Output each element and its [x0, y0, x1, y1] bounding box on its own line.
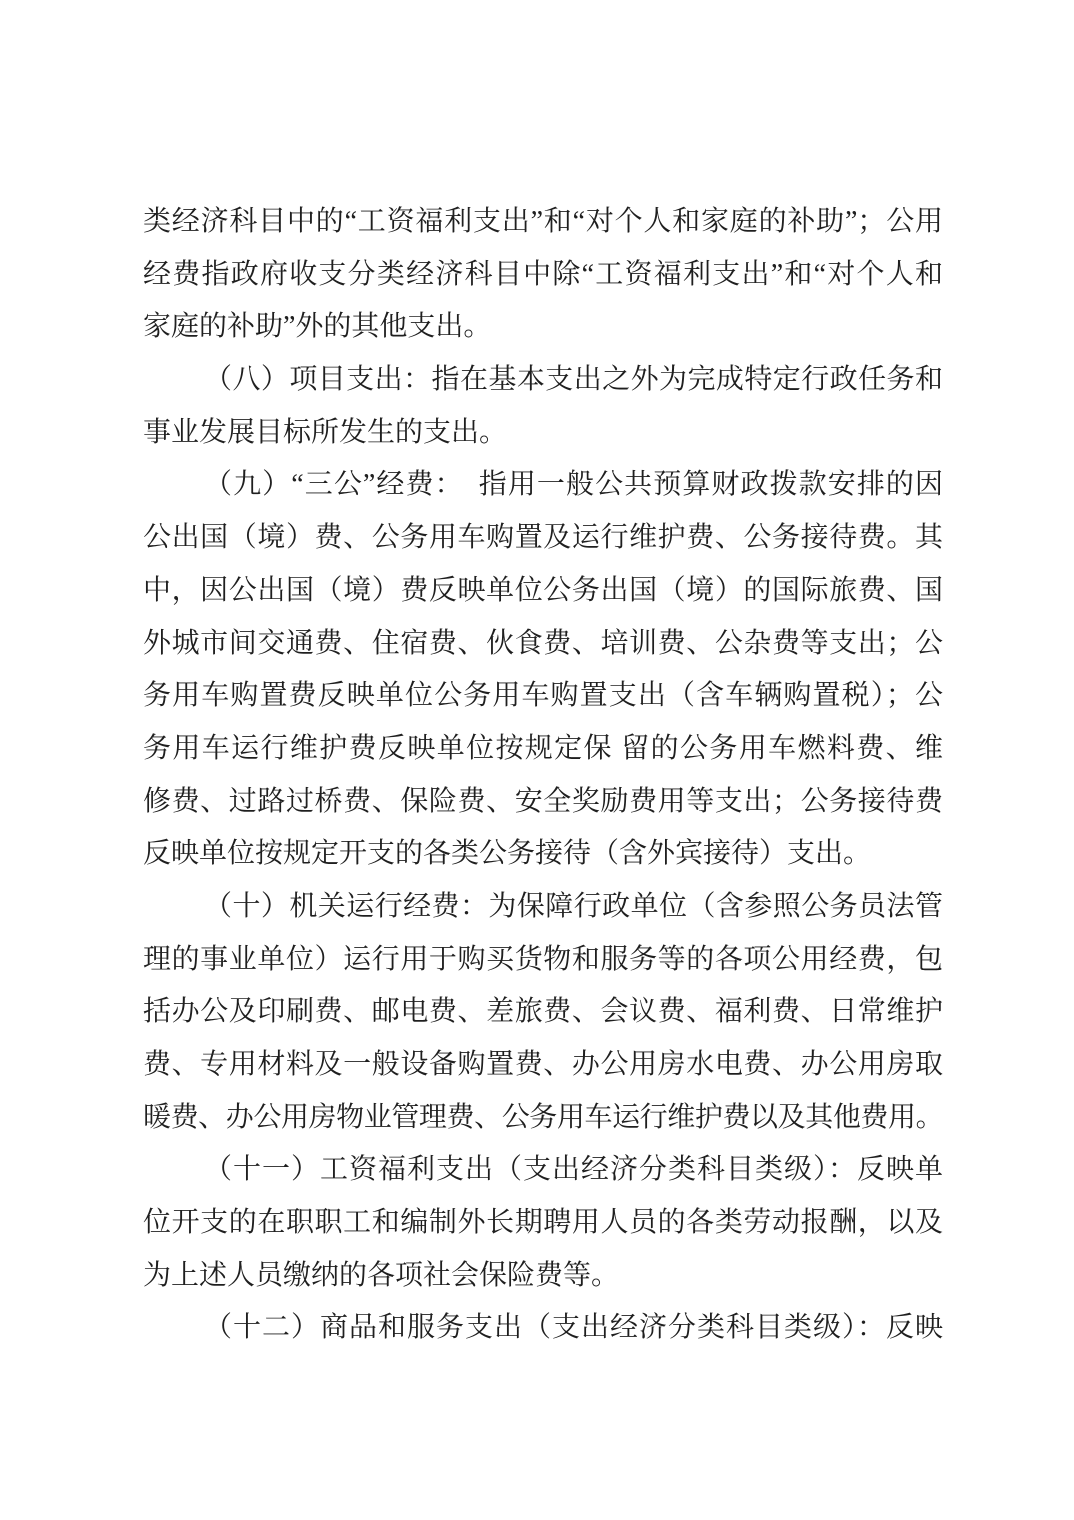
text-line: （八）项目支出：指在基本支出之外为完成特定行政任务和 — [143, 354, 943, 407]
text-line: 务用车购置费反映单位公务用车购置支出（含车辆购置税）；公 — [143, 670, 943, 723]
text-line: 括办公及印刷费、邮电费、差旅费、会议费、福利费、日常维护 — [143, 986, 943, 1039]
text-line: 理的事业单位）运行用于购买货物和服务等的各项公用经费，包 — [143, 934, 943, 987]
text-line: 外城市间交通费、住宿费、伙食费、培训费、公杂费等支出；公 — [143, 618, 943, 671]
text-line: 事业发展目标所发生的支出。 — [143, 407, 943, 460]
text-line: 修费、过路过桥费、保险费、安全奖励费用等支出；公务接待费 — [143, 776, 943, 829]
text-line: 位开支的在职职工和编制外长期聘用人员的各类劳动报酬，以及 — [143, 1197, 943, 1250]
document-page: 类经济科目中的“工资福利支出”和“对个人和家庭的补助”；公用经费指政府收支分类经… — [0, 0, 1074, 1520]
text-line: 反映单位按规定开支的各类公务接待（含外宾接待）支出。 — [143, 828, 943, 881]
text-line: 类经济科目中的“工资福利支出”和“对个人和家庭的补助”；公用 — [143, 196, 943, 249]
text-line: （十一）工资福利支出（支出经济分类科目类级）：反映单 — [143, 1144, 943, 1197]
text-line: 中，因公出国（境）费反映单位公务出国（境）的国际旅费、国 — [143, 565, 943, 618]
text-line: 公出国（境）费、公务用车购置及运行维护费、公务接待费。其 — [143, 512, 943, 565]
text-line: （十）机关运行经费：为保障行政单位（含参照公务员法管 — [143, 881, 943, 934]
text-line: 经费指政府收支分类经济科目中除“工资福利支出”和“对个人和 — [143, 249, 943, 302]
text-line: 费、专用材料及一般设备购置费、办公用房水电费、办公用房取 — [143, 1039, 943, 1092]
text-line: 家庭的补助”外的其他支出。 — [143, 301, 943, 354]
text-line: 为上述人员缴纳的各项社会保险费等。 — [143, 1250, 943, 1303]
text-line: （十二）商品和服务支出（支出经济分类科目类级）：反映 — [143, 1302, 943, 1355]
text-line: 暖费、办公用房物业管理费、公务用车运行维护费以及其他费用。 — [143, 1092, 943, 1145]
text-line: 务用车运行维护费反映单位按规定保 留的公务用车燃料费、维 — [143, 723, 943, 776]
document-body: 类经济科目中的“工资福利支出”和“对个人和家庭的补助”；公用经费指政府收支分类经… — [143, 196, 943, 1355]
text-line: （九）“三公”经费： 指用一般公共预算财政拨款安排的因 — [143, 459, 943, 512]
